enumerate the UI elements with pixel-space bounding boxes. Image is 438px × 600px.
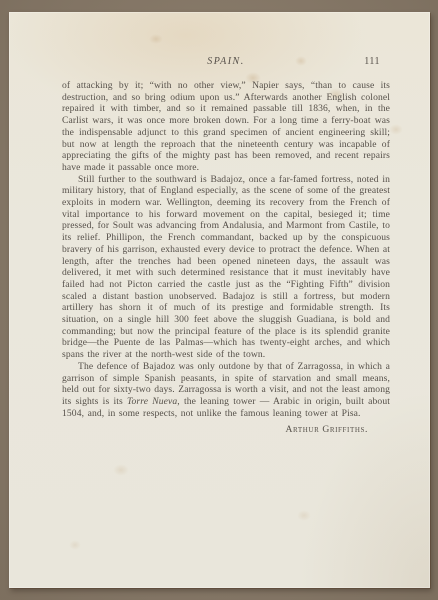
text-run: of attacking by it; “with no other view,… [62,80,390,173]
author-signature: Arthur Griffiths. [62,424,368,435]
page-title: SPAIN. [62,56,390,67]
page-header: SPAIN. 111 [62,56,390,70]
mat-background: SPAIN. 111 of attacking by it; “with no … [0,0,438,600]
paragraph: of attacking by it; “with no other view,… [62,80,390,174]
foxing-spot [389,124,403,135]
foxing-spot [69,540,81,550]
paragraph: The defence of Bajadoz was only outdone … [62,361,390,420]
text-run: Still further to the southward is Badajo… [62,174,390,361]
text-area: SPAIN. 111 of attacking by it; “with no … [62,56,390,435]
paragraph: Still further to the southward is Badajo… [62,174,390,361]
italic-text-run: Torre Nueva [127,396,177,407]
foxing-spot [149,34,163,44]
book-page: SPAIN. 111 of attacking by it; “with no … [9,12,430,588]
foxing-spot [297,510,311,521]
page-number: 111 [364,56,380,67]
foxing-spot [113,464,129,476]
body-paragraphs: of attacking by it; “with no other view,… [62,80,390,419]
